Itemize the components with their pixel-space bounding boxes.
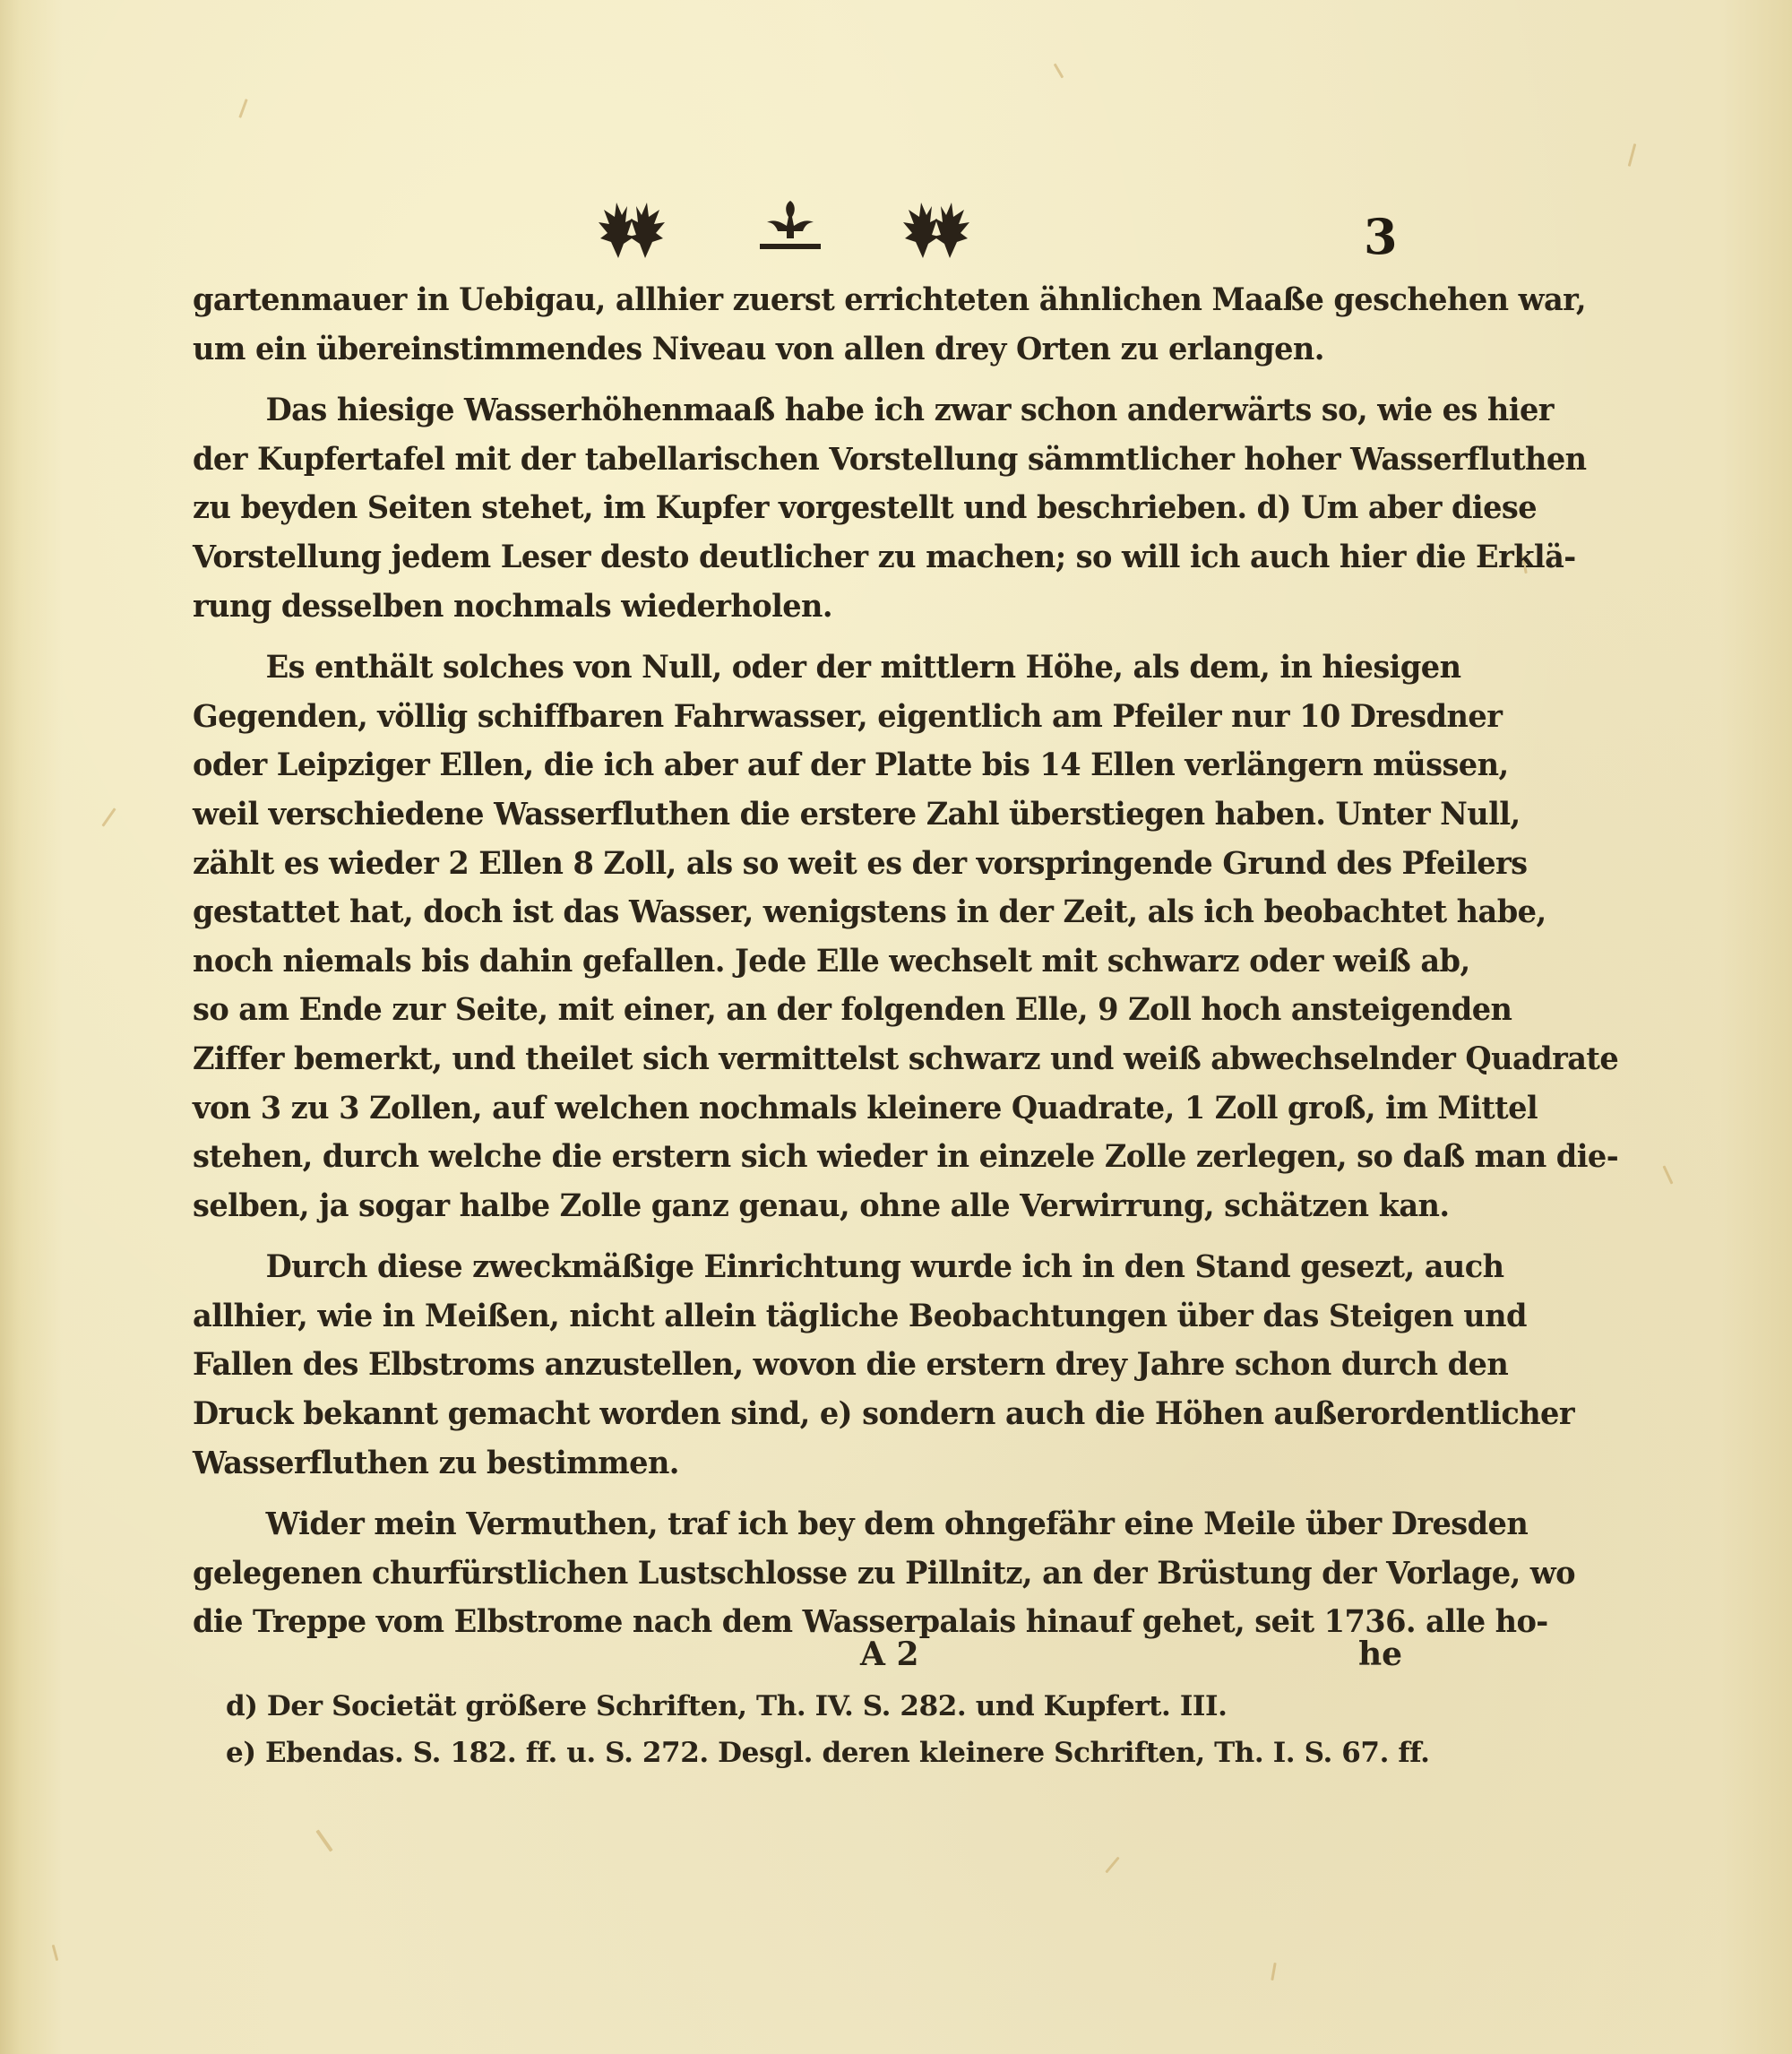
text-line: Gegenden, völlig schiffbaren Fahrwasser,… <box>193 693 1394 742</box>
text-line: selben, ja sogar halbe Zolle ganz genau,… <box>193 1182 1394 1231</box>
body-text: gartenmauer in Uebigau, allhier zuerst e… <box>193 276 1395 1647</box>
text-line: Fallen des Elbstroms anzustellen, wovon … <box>193 1341 1394 1390</box>
fleuron-left-icon <box>591 195 699 260</box>
book-page: 3 gartenmauer in Uebigau, allhier zuerst… <box>0 0 1792 2054</box>
paper-fiber <box>1662 1165 1673 1184</box>
text-line: so am Ende zur Seite, mit einer, an der … <box>193 986 1394 1035</box>
text-line: Es enthält solches von Null, oder der mi… <box>193 643 1394 693</box>
paragraph: Das hiesige Wasserhöhenmaaß habe ich zwa… <box>193 386 1395 631</box>
paper-fiber <box>315 1829 332 1851</box>
paragraph: Durch diese zweckmäßige Einrichtung wurd… <box>193 1243 1395 1488</box>
text-line: Wider mein Vermuthen, traf ich bey dem o… <box>193 1500 1394 1549</box>
text-line: Durch diese zweckmäßige Einrichtung wurd… <box>193 1243 1394 1292</box>
text-line: rung desselben nochmals wiederholen. <box>193 583 1394 632</box>
text-line: zu beyden Seiten stehet, im Kupfer vorge… <box>193 484 1394 533</box>
text-line: Das hiesige Wasserhöhenmaaß habe ich zwa… <box>193 386 1394 436</box>
footnote-d: d) Der Societät größere Schriften, Th. I… <box>226 1683 1391 1730</box>
text-line: allhier, wie in Meißen, nicht allein täg… <box>193 1292 1394 1342</box>
text-line: von 3 zu 3 Zollen, auf welchen nochmals … <box>193 1084 1394 1134</box>
paper-fiber <box>1054 63 1064 78</box>
paper-fiber <box>1105 1857 1119 1874</box>
paragraph: Es enthält solches von Null, oder der mi… <box>193 643 1395 1230</box>
fleuron-right-icon <box>896 195 1004 260</box>
text-line: Druck bekannt gemacht worden sind, e) so… <box>193 1390 1394 1439</box>
fleuron-center-icon <box>754 195 826 260</box>
text-line: Ziffer bemerkt, und theilet sich vermitt… <box>193 1035 1394 1084</box>
text-line: um ein übereinstimmendes Niveau von alle… <box>193 325 1394 375</box>
paper-fiber <box>101 807 116 826</box>
text-line: die Treppe vom Elbstrome nach dem Wasser… <box>193 1598 1394 1647</box>
text-line: Vorstellung jedem Leser desto deutlicher… <box>193 533 1394 583</box>
paper-fiber <box>1628 143 1637 167</box>
paper-fiber <box>1271 1963 1276 1981</box>
footnotes: d) Der Societät größere Schriften, Th. I… <box>226 1683 1391 1776</box>
text-line: gelegenen churfürstlichen Lustschlosse z… <box>193 1549 1394 1599</box>
page-number: 3 <box>1364 208 1398 265</box>
text-line: oder Leipziger Ellen, die ich aber auf d… <box>193 741 1394 790</box>
paragraph: Wider mein Vermuthen, traf ich bey dem o… <box>193 1500 1395 1647</box>
text-line: gartenmauer in Uebigau, allhier zuerst e… <box>193 276 1394 325</box>
text-line: noch niemals bis dahin gefallen. Jede El… <box>193 937 1394 987</box>
paper-fiber <box>52 1945 59 1961</box>
text-line: weil verschiedene Wasserfluthen die erst… <box>193 790 1394 840</box>
text-line: der Kupfertafel mit der tabellarischen V… <box>193 436 1394 485</box>
signature-mark: A 2 <box>860 1635 919 1673</box>
paragraph: gartenmauer in Uebigau, allhier zuerst e… <box>193 276 1395 374</box>
footnote-e: e) Ebendas. S. 182. ff. u. S. 272. Desgl… <box>226 1730 1391 1776</box>
catchword: he <box>1358 1635 1402 1673</box>
page-header <box>0 195 1792 267</box>
text-line: gestattet hat, doch ist das Wasser, weni… <box>193 888 1394 937</box>
text-line: Wasserfluthen zu bestimmen. <box>193 1439 1394 1489</box>
paper-fiber <box>238 99 247 118</box>
text-line: stehen, durch welche die erstern sich wi… <box>193 1133 1394 1182</box>
text-line: zählt es wieder 2 Ellen 8 Zoll, als so w… <box>193 840 1394 889</box>
